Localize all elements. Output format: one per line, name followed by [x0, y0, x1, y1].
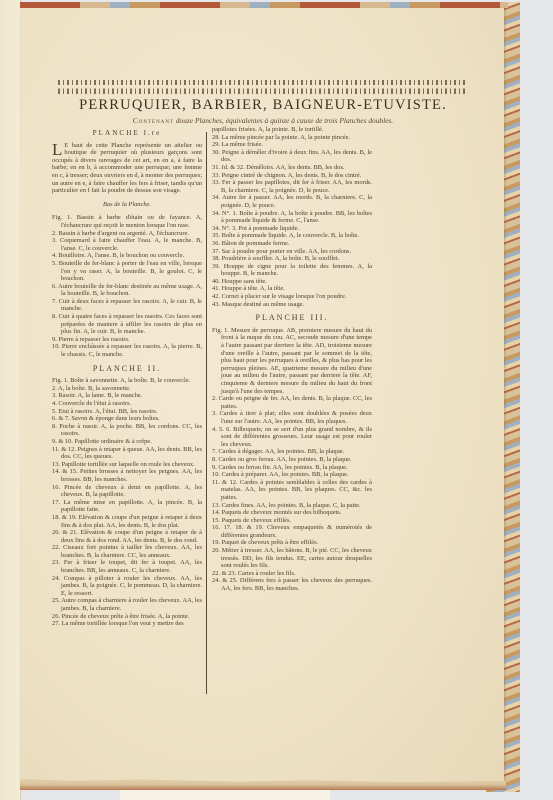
list-item: 5. Etui à rasoirs. A, l'étui. BB, les ra…	[52, 408, 202, 416]
planche-3-heading: PLANCHE III.	[212, 314, 372, 322]
list-item: 39. Houppe de cigne pour la toilette des…	[212, 263, 372, 278]
list-item: 26. Pincée de cheveux prête à être frisé…	[52, 613, 202, 621]
list-item: 9. Pierre à repasser les rasoirs.	[52, 336, 202, 344]
list-item: 33. Fer à passer les papillotes, dit fer…	[212, 179, 372, 194]
list-item: 8. Poche à rasoir. A, la poche. BB, les …	[52, 423, 202, 438]
paper-tab	[120, 790, 330, 800]
list-item: 24. & 25. Différens fers à passer les ch…	[212, 577, 372, 592]
list-item: 28. La même pincée par la pointe. A, la …	[212, 134, 372, 142]
list-item: 43. Masque destiné au même usage.	[212, 301, 372, 309]
list-item: 22. & 23. Cartes à rouler les fils.	[212, 570, 372, 578]
list-item: 23. Fer à friser le toupet, dit fer à to…	[52, 559, 202, 574]
list-item: 8. Cuir à quatre faces à repasser les ra…	[52, 313, 202, 336]
subtitle-lead: Contenant	[133, 116, 174, 125]
list-item: 13. Papillotte tortillée sur laquelle on…	[52, 461, 202, 469]
list-item: 3. Cardes à tirer à plat; elles sont dou…	[212, 410, 372, 425]
drop-cap: L	[52, 143, 62, 157]
list-item: 6. & 7. Savon & éponge dans leurs boîtes…	[52, 415, 202, 423]
list-item: 40. Houppe sans tête.	[212, 278, 372, 286]
list-item: 9. Cardes ou ferrau fin. AA, les pointes…	[212, 464, 372, 472]
list-item: 20. Métier à tresser. AA, les bâtons. B,…	[212, 547, 372, 570]
list-item: 37. Sac à poudre pour porter en ville. A…	[212, 248, 372, 256]
document-title: PERRUQUIER, BARBIER, BAIGNEUR-ETUVISTE.	[56, 97, 470, 114]
list-item: 13. Cardes fines. AA, les pointes. B, la…	[212, 502, 372, 510]
list-item: 3. Coquemard à faire chauffer l'eau. A, …	[52, 237, 202, 252]
list-item: 14. & 15. Petites brosses à nettoyer les…	[52, 468, 202, 483]
list-item: 4. Bouilloire. A, l'anse. B, le bouchon …	[52, 252, 202, 260]
list-item: 38. Poudrière à souffler. A, la boîte. B…	[212, 255, 372, 263]
list-item: 25. Autre compas à charniere à rouler le…	[52, 597, 202, 612]
list-item: 10. Cardes à préparer. AA, les pointes. …	[212, 471, 372, 479]
list-item: 34. N°. 3. Pot à pommade liquide.	[212, 225, 372, 233]
list-item: 41. Houppe à tête. A, la tête.	[212, 285, 372, 293]
subtitle-rest: douze Planches, équivalentes à quinze à …	[176, 116, 393, 125]
list-item: 19. Paquet de cheveux prêts à être effil…	[212, 539, 372, 547]
list-item: 30. Peigne à démêler d'ivoire à deux fin…	[212, 149, 372, 164]
list-item: Fig. 1. Boîte à savonnette. A, la boîte.…	[52, 377, 202, 385]
list-item: 2. Carde ou peigne de fer. AA, les dents…	[212, 395, 372, 410]
list-item: 11. & 12. Cardes à pointes semblables à …	[212, 479, 372, 502]
list-item: 6. Autre bouteille de fer-blanc destinée…	[52, 283, 202, 298]
intro-text: E haut de cette Planche représente un at…	[52, 142, 202, 195]
list-item: 17. La même mise en papillotte. A, la pi…	[52, 499, 202, 514]
list-item: 34. Autre fer à passer. AA, les mords. B…	[212, 194, 372, 209]
list-item: 24. Compas à pilloter à rouler les cheve…	[52, 575, 202, 598]
list-item: 42. Cornet à placer sur le visage lorsqu…	[212, 293, 372, 301]
list-item: 36. Bâton de pommade ferme.	[212, 240, 372, 248]
right-column: papillotes frisées. A, la pointe. B, le …	[212, 126, 372, 593]
list-item: 4. 5. 6. Bilboquets; on se sert d'un plu…	[212, 426, 372, 449]
list-item: 29. La même frisée.	[212, 141, 372, 149]
decorative-ornament-band	[58, 80, 466, 94]
list-item: 22. Ciseaux fort pointus à tailler les c…	[52, 544, 202, 559]
list-item: 14. Paquets de cheveux montés sur des bi…	[212, 509, 372, 517]
planche-1-intro: L E haut de cette Planche représente un …	[52, 142, 202, 195]
list-item: 7. Cardes à dégager. AA, les pointes. BB…	[212, 448, 372, 456]
list-item: 34. N°. 1. Boîte à poudre. A, la boîte à…	[212, 210, 372, 225]
left-column: PLANCHE I.re L E haut de cette Planche r…	[52, 126, 202, 628]
list-item: 20. & 21. Elévation & coupe d'un peigne …	[52, 529, 202, 544]
list-item: 11. & 12. Peignes à retaper à queue. AA,…	[52, 446, 202, 461]
list-item: papillotes frisées. A, la pointe. B, le …	[212, 126, 372, 134]
planche-2-heading: PLANCHE II.	[52, 365, 202, 373]
facing-page-edge	[0, 0, 21, 800]
list-item: 16. Pincée de cheveux à demi en papillot…	[52, 484, 202, 499]
list-item: Fig. 1. Bassin à barbe d'étain ou de fay…	[52, 214, 202, 229]
list-item: 10. Pierre enchâssée à repasser les raso…	[52, 343, 202, 358]
list-item: 15. Paquets de cheveux effilés.	[212, 517, 372, 525]
list-item: 8. Cardes ou gros ferrau. AA, les pointe…	[212, 456, 372, 464]
list-item: Fig. 1. Mesure de perruque. AB, premiere…	[212, 327, 372, 395]
list-item: 3. Rasoir. A, la lame. B, le manche.	[52, 392, 202, 400]
list-item: 18. & 19. Elévation & coupe d'un peigne …	[52, 514, 202, 529]
list-item: 33. Peigne cintré de chignon. A, les den…	[212, 172, 372, 180]
list-item: 2. Bassin à barbe d'argent ou argenté. A…	[52, 230, 202, 238]
list-item: 7. Cuir à deux faces à repasser les raso…	[52, 298, 202, 313]
document-subtitle: Contenant douze Planches, équivalentes à…	[56, 116, 470, 125]
column-divider	[206, 132, 207, 694]
list-item: 35. Boîte à pommade liquide. A, le couve…	[212, 232, 372, 240]
planche-1-heading: PLANCHE I.re	[52, 130, 202, 138]
list-item: 9. & 10. Papillotte ordinaire & à crêpe.	[52, 438, 202, 446]
list-item: 16. 17. 18. & 19. Cheveux empaquetés & n…	[212, 524, 372, 539]
bas-de-la-planche-heading: Bas de la Planche.	[52, 201, 202, 209]
list-item: 2. A, la boîte. B, la savonnette.	[52, 385, 202, 393]
list-item: 27. La même tortillée lorsque l'on veut …	[52, 620, 202, 628]
list-item: 4. Couvercle de l'étui à rasoirs.	[52, 400, 202, 408]
list-item: 31. Id. & 32. Démêloirs. AA, les dents. …	[212, 164, 372, 172]
list-item: 5. Bouteille de fer-blanc à porter de l'…	[52, 260, 202, 283]
